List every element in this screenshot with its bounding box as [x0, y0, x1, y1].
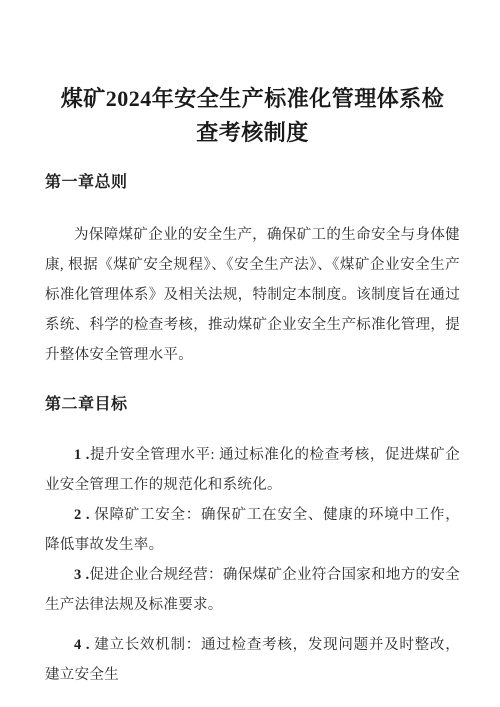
document-title-line-1: 煤矿2024年安全生产标准化管理体系检	[45, 82, 460, 116]
goal-list: 1 .提升安全管理水平: 通过标准化的检查考核，促进煤矿企业安全管理工作的规范化…	[45, 440, 460, 690]
goal-item-3-number: 3 .	[74, 567, 89, 583]
document-page: 煤矿2024年安全生产标准化管理体系检 查考核制度 第一章总则 为保障煤矿企业的…	[0, 0, 500, 707]
goal-item-2-number: 2 .	[74, 507, 90, 523]
goal-item-4-text: 建立长效机制：通过检查考核，发现问题并及时整改，建立安全生	[45, 637, 460, 683]
chapter-2-heading: 第二章目标	[45, 394, 460, 416]
goal-item-1-text: 提升安全管理水平: 通过标准化的检查考核，促进煤矿企业安全管理工作的规范化和系统…	[45, 447, 460, 493]
goal-item-1: 1 .提升安全管理水平: 通过标准化的检查考核，促进煤矿企业安全管理工作的规范化…	[45, 440, 460, 500]
goal-item-4: 4 . 建立长效机制：通过检查考核，发现问题并及时整改，建立安全生	[45, 630, 460, 690]
goal-item-1-number: 1 .	[74, 447, 90, 463]
chapter-1-paragraph: 为保障煤矿企业的安全生产，确保矿工的生命安全与身体健康, 根据《煤矿安全规程》、…	[45, 220, 460, 370]
goal-item-2-text: 保障矿工安全：确保矿工在安全、健康的环境中工作，降低事故发生率。	[45, 507, 460, 553]
goal-item-3: 3 .促进企业合规经营：确保煤矿企业符合国家和地方的安全生产法律法规及标准要求。	[45, 560, 460, 620]
chapter-1-heading: 第一章总则	[45, 172, 460, 194]
document-title: 煤矿2024年安全生产标准化管理体系检 查考核制度	[45, 82, 460, 150]
goal-item-2: 2 . 保障矿工安全：确保矿工在安全、健康的环境中工作，降低事故发生率。	[45, 500, 460, 560]
goal-item-4-number: 4 .	[74, 637, 90, 653]
document-title-line-2: 查考核制度	[45, 116, 460, 150]
goal-item-3-text: 促进企业合规经营：确保煤矿企业符合国家和地方的安全生产法律法规及标准要求。	[45, 567, 460, 613]
